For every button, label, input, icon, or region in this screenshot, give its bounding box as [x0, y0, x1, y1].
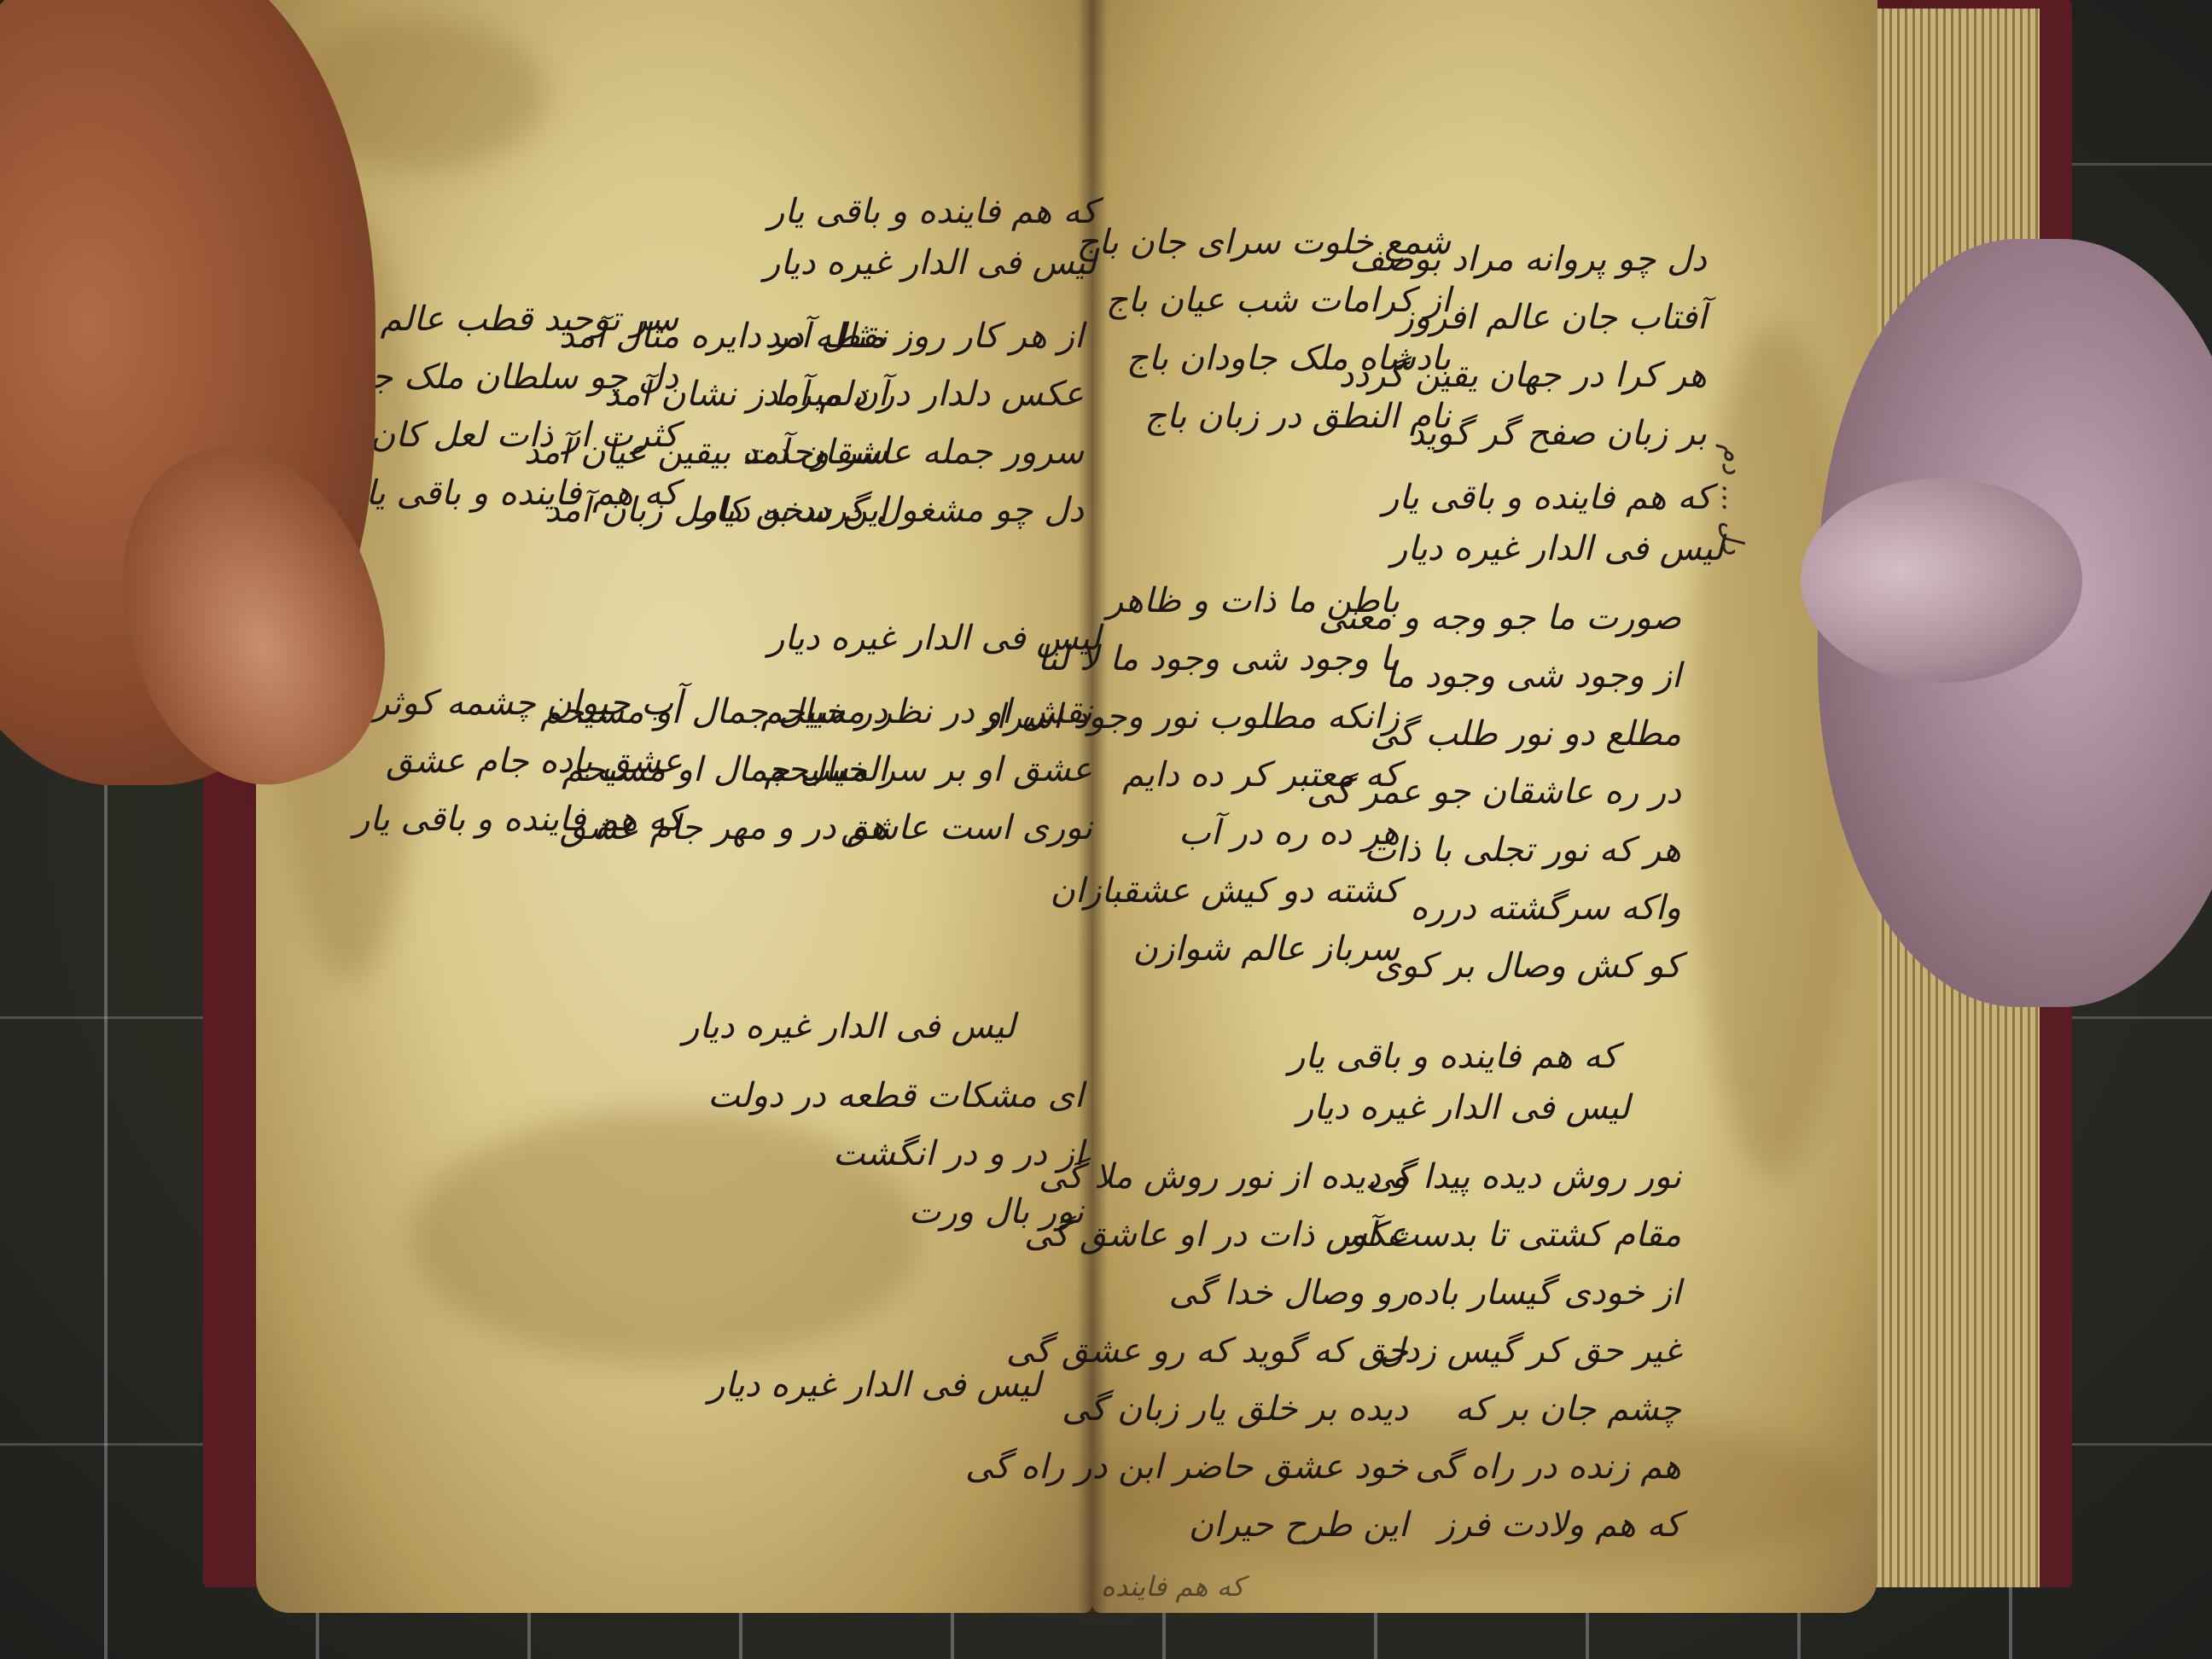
- right-column-left-2: باطن ما ذات و ظاهر با وجود شی وجود ما لا…: [1118, 572, 1400, 978]
- right-column-right-3: نور روش دیده پیدا گی مقام کشتی تا بدست آ…: [1400, 1148, 1681, 1554]
- verse-line: دیده بر خلق یار زبان گی: [1126, 1380, 1408, 1438]
- verse-line: در ره عاشقان جو عمر گی: [1400, 763, 1681, 821]
- verse-line: کثرت از ذات لعل کان آمد: [465, 406, 678, 464]
- verse-line: که هم فاینده و باقی یار: [465, 464, 678, 522]
- verse-line: نوری است عاشق: [896, 799, 1092, 857]
- verse-line: ای مشکات قطعه در دولت: [452, 1067, 1084, 1125]
- verse-line: که معتبر کر ده دایم: [1118, 746, 1400, 804]
- verse-line: عشق او بر سر مسیحم: [896, 741, 1092, 799]
- verse-line: از هر کار روز مثال آمد: [896, 307, 1084, 365]
- right-column-left-3: و دیده از نور روش ملا گی عکس ذات در او ع…: [1126, 1148, 1408, 1554]
- verse-line: سر توحید قطب عالم شد: [465, 290, 678, 348]
- verse-line: هر کرا در جهان یقین گردد: [1451, 346, 1707, 405]
- verse-line: مطلع دو نور طلب گی: [1400, 705, 1681, 763]
- verse-line: غیر حق کر گیس زدل: [1400, 1322, 1681, 1380]
- verse-line: کو کش وصال بر کوی: [1400, 937, 1681, 995]
- left-column-left: سر توحید قطب عالم شد دل چو سلطان ملک جان…: [465, 290, 678, 522]
- right-refrain-lower: لیس فی الدار غیره دیار: [1297, 1088, 1630, 1127]
- right-thumb: [1801, 478, 2082, 683]
- left-refrain-bottom: لیس فی الدار غیره دیار: [708, 1365, 1041, 1405]
- left-refrain-lower: لیس فی الدار غیره دیار: [683, 1007, 1016, 1046]
- right-column-right: دل چو پروانه مراد بوصف آفتاب جان عالم اف…: [1451, 230, 1707, 463]
- verse-line: از در و در انگشت: [452, 1125, 1084, 1183]
- verse-line: آفتاب جان عالم افروز: [1451, 288, 1707, 346]
- verse-line: هر ده ره در آب: [1118, 804, 1400, 862]
- verse-line: نام النطق در زبان باج: [1195, 387, 1451, 445]
- verse-line: از خودی گیسار باده: [1400, 1264, 1681, 1322]
- verse-line: باطن ما ذات و ظاهر: [1118, 572, 1400, 630]
- verse-line: در خیال جمال او مسیحم: [683, 683, 888, 741]
- verse-line: عشق باده جام عشق: [478, 732, 683, 790]
- verse-line: سرباز عالم شوازن: [1118, 920, 1400, 978]
- verse-line: آن مبر ا ز نشان آمد: [683, 365, 888, 423]
- margin-annotation: دل ... دم: [1715, 444, 1749, 555]
- left-heading-1: که هم فاینده و باقی یار: [768, 192, 1097, 231]
- verse-line: الخیال جمال او مسیحم: [683, 741, 888, 799]
- left-column-bottom: ای مشکات قطعه در دولت از در و در انگشت ن…: [452, 1067, 1084, 1241]
- verse-line: هر که نور تجلی با ذات: [1400, 821, 1681, 879]
- verse-line: از کرامات شب عیان باج: [1195, 271, 1451, 329]
- left-column-left-2: آب حیوان چشمه کوثر عشق باده جام عشق که ه…: [478, 674, 683, 848]
- right-refrain-lower-heading: که هم فاینده و باقی یار: [1289, 1037, 1618, 1076]
- verse-line: مقام کشتی تا بدست آور: [1400, 1206, 1681, 1264]
- verse-line: بر زبان صفح گر گوید: [1451, 405, 1707, 463]
- right-column-left: شمع خلوت سرای جان باج از کرامات شب عیان …: [1195, 213, 1451, 445]
- verse-line: رو وصال خدا گی: [1126, 1264, 1408, 1322]
- verse-line: هم زنده در راه گی: [1400, 1438, 1681, 1496]
- verse-line: حق که گوید که رو عشق گی: [1126, 1322, 1408, 1380]
- verse-line: زانکه مطلوب نور وجود اسرار: [1118, 688, 1400, 746]
- verse-line: دل چو سلطان ملک جان آمد: [465, 348, 678, 406]
- right-heading-2: لیس فی الدار غیره دیار: [1391, 529, 1724, 568]
- verse-line: عکس ذات در او عاشق گی: [1126, 1206, 1408, 1264]
- left-column-right: از هر کار روز مثال آمد عکس دلدار در دلم …: [896, 307, 1084, 539]
- verse-line: که هم ولادت فرز: [1400, 1496, 1681, 1554]
- verse-line: نور بال ورت: [452, 1183, 1084, 1241]
- verse-line: و دیده از نور روش ملا گی: [1126, 1148, 1408, 1206]
- verse-line: سرور جمله عاشقان آمد: [896, 423, 1084, 481]
- verse-line: سر وحدت بیقین عیان آمد: [683, 423, 888, 481]
- left-heading-2: لیس فی الدار غیره دیار: [764, 243, 1097, 282]
- verse-line: صورت ما جو وجه و معنی: [1400, 589, 1681, 647]
- verse-line: شمع خلوت سرای جان باج: [1195, 213, 1451, 271]
- verse-line: با وجود شی وجود ما لا لنا: [1118, 630, 1400, 688]
- verse-line: دل چو مشغول گردد به دیار: [896, 481, 1084, 539]
- verse-line: عکس دلدار در دلم آمد: [896, 365, 1084, 423]
- catchword: که هم فاینده: [1101, 1570, 1244, 1603]
- verse-line: آب حیوان چشمه کوثر: [478, 674, 683, 732]
- right-column-right-2: صورت ما جو وجه و معنی از وجود شی وجود ما…: [1400, 589, 1681, 995]
- verse-line: کشته دو کیش عشقبازان: [1118, 862, 1400, 920]
- verse-line: واکه سرگشته درره: [1400, 879, 1681, 937]
- verse-line: بادشاه ملک جاودان باج: [1195, 329, 1451, 387]
- left-column-middle-2: در خیال جمال او مسیحم الخیال جمال او مسی…: [683, 683, 888, 857]
- verse-line: از وجود شی وجود ما: [1400, 647, 1681, 705]
- verse-line: هم در و مهر جام عشق: [683, 799, 888, 857]
- verse-line: دل چو پروانه مراد بوصف: [1451, 230, 1707, 288]
- verse-line: خود عشق حاضر ابن در راه گی: [1126, 1438, 1408, 1496]
- verse-line: چشم جان بر که: [1400, 1380, 1681, 1438]
- verse-line: این طرح حیران: [1126, 1496, 1408, 1554]
- verse-line: نقطه در دایره مثال آمد: [683, 307, 888, 365]
- verse-line: که هم فاینده و باقی یار: [478, 790, 683, 848]
- right-heading-1: که هم فاینده و باقی یار: [1382, 478, 1712, 517]
- left-column-middle: نقطه در دایره مثال آمد آن مبر ا ز نشان آ…: [683, 307, 888, 539]
- verse-line: نور روش دیده پیدا گی: [1400, 1148, 1681, 1206]
- verse-line: این سخن کامل زبان آمد: [683, 481, 888, 539]
